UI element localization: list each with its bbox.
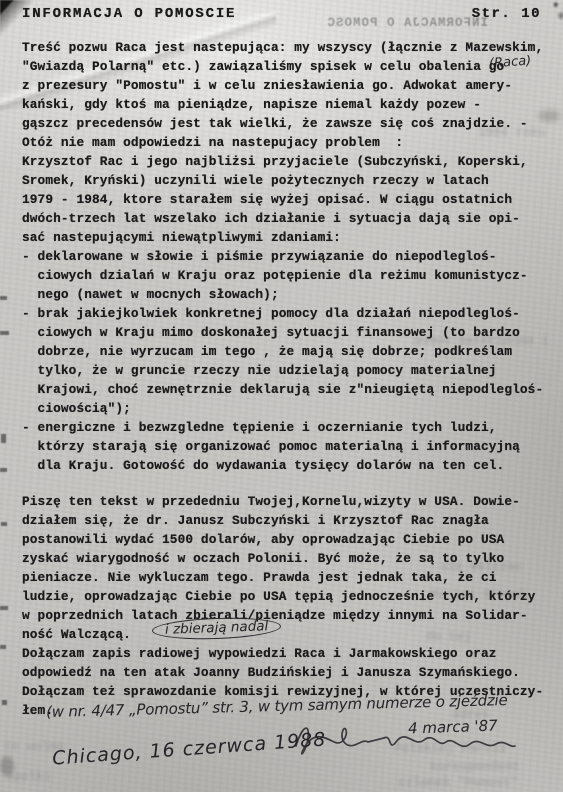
typed-line: którzy starają się organizować pomoc mat… (22, 437, 547, 456)
typed-line: Otóż nie mam odpowiedzi na nastepujacy p… (22, 133, 547, 152)
typed-line: ciowością"); (22, 399, 547, 418)
scanned-document-page: INFORMACJA O POMOSCIE Str. 10 INFORMACJA… (0, 0, 563, 792)
typed-line: postanowili wydać 1500 dolarów, aby opro… (22, 530, 547, 549)
typed-line: pieniacze. Nie wykluczam tego. Prawda je… (22, 568, 547, 587)
typed-line: ludzie, oprowadzając Ciebie po USA tępią… (22, 587, 547, 606)
scan-edge-mark (0, 296, 7, 300)
typed-line: dwóch-trzech lat wszelako ich działanie … (22, 209, 547, 228)
typed-line: Krajowi, choć zewnętrznie deklarują sie … (22, 380, 547, 399)
ghost-bleedthrough-text: czlonek "Pomost" (398, 776, 518, 790)
handwritten-place-date: Chicago, 16 czerwca 1988 (52, 728, 327, 769)
scan-smudge (0, 756, 14, 776)
typed-line: tylko, że w gruncie rzeczy nie udzielają… (22, 361, 547, 380)
typed-line: Sromek, Kryński) uczynili wiele pożytecz… (22, 171, 547, 190)
typed-line: ciowych dzialań w Kraju oraz potępienie … (22, 266, 547, 285)
scan-edge-mark (1, 434, 6, 443)
typed-line: Dołączam zapis radiowej wypowiedzi Raca … (22, 644, 547, 663)
signature-scribble (288, 708, 518, 768)
typed-line: - brak jakiejkolwiek konkretnej pomocy d… (22, 304, 547, 323)
typed-line: działem się, że dr. Janusz Subczyński i … (22, 511, 547, 530)
typed-line: gąszcz precedensów jest tak wielki, że z… (22, 114, 547, 133)
handwritten-raca-note: (Raca) (489, 54, 532, 72)
typed-line: ność Walczącą. (22, 625, 547, 644)
typed-line: Krzysztof Rac i jego najbliżsi przyjacie… (22, 152, 547, 171)
scan-edge-mark (0, 331, 9, 335)
typed-line: zyskać wiarygodność w oczach Polonii. By… (22, 549, 547, 568)
scan-edge-mark (1, 522, 7, 526)
typed-line: dla Kraju. Gotowość do wydawania tysięcy… (22, 456, 547, 475)
typed-line: - deklarowane w słowie i piśmie przywiąz… (22, 247, 547, 266)
scan-edge-mark (0, 645, 6, 649)
scan-edge-mark (0, 606, 8, 610)
typed-line: kański, gdy ktoś ma pieniądze, napisze n… (22, 95, 547, 114)
scan-edge-mark (0, 468, 7, 472)
mirrored-title-offset: INFORMACJA O POMOSC (308, 16, 488, 30)
typed-line: dobrze, nie wyrzucam im tego , że mają s… (22, 342, 547, 361)
typed-line: ciowych w Kraju mimo doskonałej sytuacji… (22, 323, 547, 342)
paragraph-block-1: Treść pozwu Raca jest nastepująca: my ws… (22, 38, 547, 475)
typed-line: odpowiedź na ten atak Joanny Budzińskiej… (22, 663, 547, 682)
typed-line: w poprzednich latach zbierali/pieniądze … (22, 606, 547, 625)
typed-line: z prezesury "Pomostu" i w celu zniesławi… (22, 76, 547, 95)
typed-line: sać nastepującymi niewątpliwymi zdaniami… (22, 228, 547, 247)
ghost-bleedthrough-text: spolki (6, 770, 51, 784)
typed-line: - energiczne i bezwzgledne tępienie i oc… (22, 418, 547, 437)
document-title: INFORMACJA O POMOSCIE (22, 6, 236, 22)
typed-line: Piszę ten tekst w przededniu Twojej,Korn… (22, 492, 547, 511)
typed-line: "Gwiazdą Polarną" etc.) zawiązaliśmy spi… (22, 57, 547, 76)
scan-edge-mark (2, 700, 7, 705)
paragraph-block-2: Piszę ten tekst w przededniu Twojej,Korn… (22, 492, 547, 720)
typed-line: Treść pozwu Raca jest nastepująca: my ws… (22, 38, 547, 57)
typed-line: nego (nawet w mocnych słowach); (22, 285, 547, 304)
typed-line: 1979 - 1984, ktore starałem się wyżej op… (22, 190, 547, 209)
